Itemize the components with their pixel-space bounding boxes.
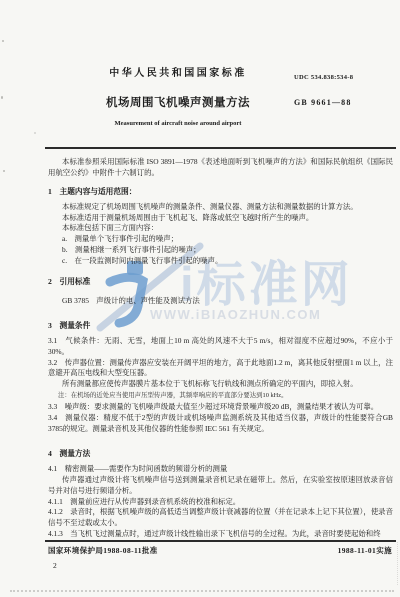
scan-speck — [34, 132, 36, 134]
clause-4-1-paragraph: 传声器通过声级计将飞机噪声信号送到测量录音机记录在磁带上。然后，在实验室按原速回… — [48, 475, 393, 497]
approval-note: 国家环境保护局1988-08-11批准 — [48, 545, 158, 556]
header-divider — [45, 147, 396, 149]
section-3-heading: 3 测量条件 — [48, 320, 393, 331]
scan-edge-dots-right — [397, 542, 398, 585]
standard-number: GB 9661—88 — [294, 98, 352, 107]
clause-3-2: 3.2 传声器位置：测量传声器应安装在开阔平坦的地方，高于此地面1.2 m，离其… — [48, 358, 393, 380]
clause-3-3: 3.3 噪声级：要求测量的飞机噪声级最大值至少超过环境背景噪声级20 dB，测量… — [48, 402, 393, 413]
footer: 国家环境保护局1988-08-11批准 1988-11-01实施 — [48, 545, 392, 556]
scan-speck — [1, 96, 3, 99]
list-item-c: c. 在一段监测时间内测量飞行事件引起的噪声。 — [48, 256, 393, 267]
document-title-en: Measurement of aircraft noise around air… — [48, 120, 308, 127]
document-title-zh: 机场周围飞机噪声测量方法 — [48, 94, 308, 110]
scan-edge-dots-bottom — [10, 590, 394, 592]
clause-3-2-paragraph: 所有测量都应使传声器膜片基本位于飞机标称飞行轨线和测点所确定的平面内，即掠入射。 — [48, 379, 393, 390]
clause-4-1: 4.1 精密测量——需要作为时间函数的频谱分析的测量 — [48, 464, 393, 475]
implementation-date: 1988-11-01实施 — [338, 545, 392, 556]
page-number: 2 — [53, 561, 57, 570]
clause-4-1-3: 4.1.3 当飞机飞过测量点时，通过声级计线性输出录下飞机信号的全过程。为此，录… — [48, 529, 393, 540]
document-body: 本标准参照采用国际标准 ISO 3891—1978《表述地面听到飞机噪声的方法》… — [48, 157, 393, 540]
clause-scope-1: 本标准规定了机场周围飞机噪声的测量条件、测量仪器、测量方法和测量数据的计算方法。 — [48, 202, 393, 213]
clause-scope-3: 本标准包括下面三方面内容： — [48, 223, 393, 234]
clause-4-1-2: 4.1.2 录音时，根据飞机噪声级的高低适当调整声级计衰减器的位置（并在记录本上… — [48, 507, 393, 529]
section-1-heading: 1 主题内容与适用范围： — [48, 186, 393, 197]
scanned-standard-page: i标准网 WWW.iBIAOZHUN.COM 中华人民共和国国家标准 机场周围飞… — [0, 0, 400, 597]
udc-code: UDC 534.838:534-8 — [294, 74, 353, 81]
clause-4-1-1: 4.1.1 测量前应进行从传声器到录音机系统的校准和标定。 — [48, 497, 393, 508]
reference-gb3785: GB 3785 声级计的电、声性能及测试方法 — [48, 296, 393, 307]
clause-3-1: 3.1 气候条件：无雨、无雪，地面上10 m 高处的风速不大于5 m/s，相对湿… — [48, 336, 393, 358]
clause-scope-2: 本标准适用于测量机场周围由于飞机起飞、降落或低空飞越时所产生的噪声。 — [48, 213, 393, 224]
section-4-heading: 4 测量方法 — [48, 448, 393, 459]
clause-3-2-note: 注：在机场的近处应当使用声压型传声器，其频率响应的平直部分要达到10 kHz。 — [48, 391, 393, 400]
national-standard-org-line: 中华人民共和国国家标准 — [48, 64, 308, 79]
list-item-b: b. 测量相继一系列飞行事件引起的噪声； — [48, 245, 393, 256]
section-2-heading: 2 引用标准 — [48, 276, 393, 287]
footer-divider — [45, 540, 396, 542]
scan-speck — [3, 170, 5, 172]
clause-3-4: 3.4 测量仪器：精度不低于2型的声级计或机场噪声监测系统及其他适当仪器，声级计… — [48, 413, 393, 435]
intro-paragraph: 本标准参照采用国际标准 ISO 3891—1978《表述地面听到飞机噪声的方法》… — [48, 157, 393, 179]
scan-speck — [2, 40, 4, 42]
list-item-a: a. 测量单个飞行事件引起的噪声； — [48, 234, 393, 245]
